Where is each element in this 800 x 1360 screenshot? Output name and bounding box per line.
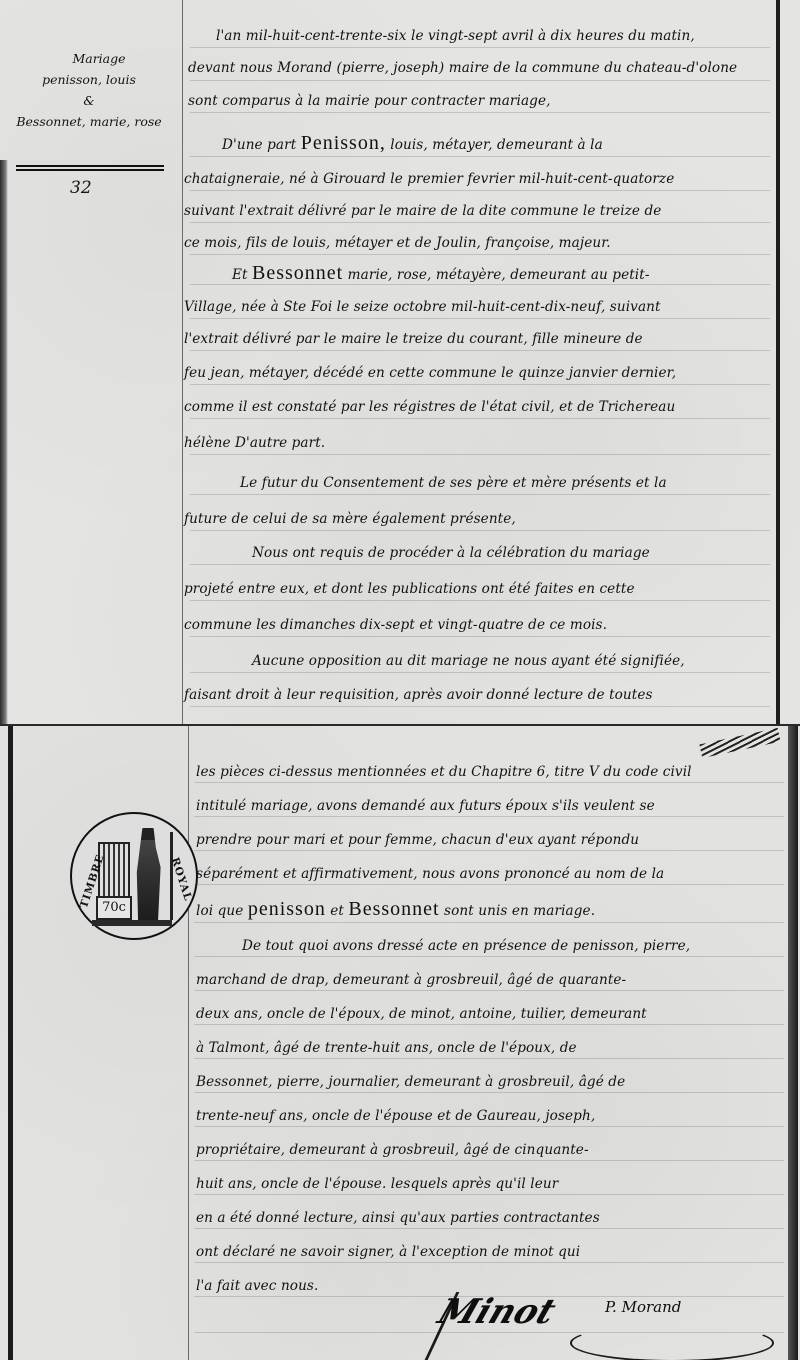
phrase: et (330, 903, 344, 919)
text-line: trente-neuf ans, oncle de l'épouse et de… (196, 1108, 595, 1124)
text-line: séparément et affirmativement, nous avon… (196, 866, 664, 882)
text-line: commune les dimanches dix-sept et vingt-… (184, 617, 607, 633)
text-line: marchand de drap, demeurant à grosbreuil… (196, 972, 626, 988)
text-line: en a été donné lecture, ainsi qu'aux par… (196, 1210, 600, 1226)
text-line: D'une part Penisson, louis, métayer, dem… (222, 132, 603, 155)
text-line: faisant droit à leur requisition, après … (184, 687, 653, 703)
text-line: sont comparus à la mairie pour contracte… (188, 93, 551, 109)
text-line: chataigneraie, né à Girouard le premier … (184, 171, 674, 187)
text-line: les pièces ci-dessus mentionnées et du C… (196, 764, 692, 780)
text-line: l'a fait avec nous. (196, 1278, 318, 1294)
binding-rule (8, 726, 13, 1360)
stamp-pedestal-icon (98, 842, 130, 898)
text-line: hélène D'autre part. (184, 435, 325, 451)
text-line: l'extrait délivré par le maire le treize… (184, 331, 643, 347)
text-line: l'an mil-huit-cent-trente-six le vingt-s… (216, 28, 695, 44)
text-line: ce mois, fils de louis, métayer et de Jo… (184, 235, 611, 251)
text-line: ont déclaré ne savoir signer, à l'except… (196, 1244, 580, 1260)
signature-mayor: P. Morand (605, 1298, 681, 1316)
text-line: Et Bessonnet marie, rose, métayère, deme… (232, 262, 650, 285)
phrase: sont unis en mariage. (444, 903, 595, 919)
text-line: De tout quoi avons dressé acte en présen… (242, 938, 690, 954)
margin-note-title: Mariage (14, 48, 164, 69)
text-line: future de celui de sa mère également pré… (184, 511, 516, 527)
phrase: Et (232, 267, 248, 283)
margin-note-groom: penisson, louis (14, 69, 164, 90)
phrase: marie, rose, métayère, demeurant au peti… (348, 267, 650, 283)
text-line: Le futur du Consentement de ses père et … (240, 475, 667, 491)
bride-surname: Bessonnet (252, 262, 343, 284)
phrase: loi que (196, 903, 243, 919)
stamp-base (92, 920, 172, 926)
text-line: Bessonnet, pierre, journalier, demeurant… (196, 1074, 625, 1090)
act-number: 32 (70, 178, 92, 198)
right-border-rule (776, 0, 780, 724)
text-line: à Talmont, âgé de trente-huit ans, oncle… (196, 1040, 577, 1056)
register-page-top: Mariage penisson, louis & Bessonnet, mar… (0, 0, 800, 724)
signature-witness: Minot (433, 1292, 561, 1332)
stamp-staff-icon (170, 832, 173, 920)
flourish-mark (699, 728, 780, 758)
text-line: Aucune opposition au dit mariage ne nous… (252, 653, 685, 669)
text-line: Nous ont requis de procéder à la célébra… (252, 545, 650, 561)
timbre-royal-stamp: 70c TIMBRE ROYAL (70, 812, 198, 940)
phrase: louis, métayer, demeurant à la (390, 137, 603, 153)
text-line: suivant l'extrait délivré par le maire d… (184, 203, 661, 219)
text-line: propriétaire, demeurant à grosbreuil, âg… (196, 1142, 589, 1158)
binding-shadow (0, 160, 8, 724)
margin-note: Mariage penisson, louis & Bessonnet, mar… (14, 48, 164, 132)
groom-surname: Penisson, (301, 132, 386, 154)
stamp-allegorical-figure-icon (134, 828, 162, 926)
text-line: projeté entre eux, et dont les publicati… (184, 581, 635, 597)
text-line: huit ans, oncle de l'épouse. lesquels ap… (196, 1176, 558, 1192)
groom-surname: penisson (248, 898, 326, 920)
bride-surname: Bessonnet (348, 898, 439, 920)
stamp-price: 70c (96, 896, 132, 920)
text-line: loi que penisson et Bessonnet sont unis … (196, 898, 595, 921)
margin-rule (188, 726, 189, 1360)
phrase: D'une part (222, 137, 296, 153)
text-line: devant nous Morand (pierre, joseph) mair… (188, 60, 737, 76)
margin-rule (182, 0, 183, 724)
text-line: deux ans, oncle de l'époux, de minot, an… (196, 1006, 647, 1022)
text-line: comme il est constaté par les régistres … (184, 399, 675, 415)
register-page-bottom: 70c TIMBRE ROYAL les pièces ci-dessus me… (0, 724, 800, 1360)
text-line: feu jean, métayer, décédé en cette commu… (184, 365, 676, 381)
signature-flourish (570, 1324, 774, 1360)
right-border-rule (788, 726, 798, 1360)
margin-note-ampersand: & (14, 90, 164, 111)
margin-note-bride: Bessonnet, marie, rose (14, 111, 164, 132)
margin-double-rule (16, 165, 164, 171)
text-line: prendre pour mari et pour femme, chacun … (196, 832, 639, 848)
text-line: Village, née à Ste Foi le seize octobre … (184, 299, 661, 315)
text-line: intitulé mariage, avons demandé aux futu… (196, 798, 655, 814)
